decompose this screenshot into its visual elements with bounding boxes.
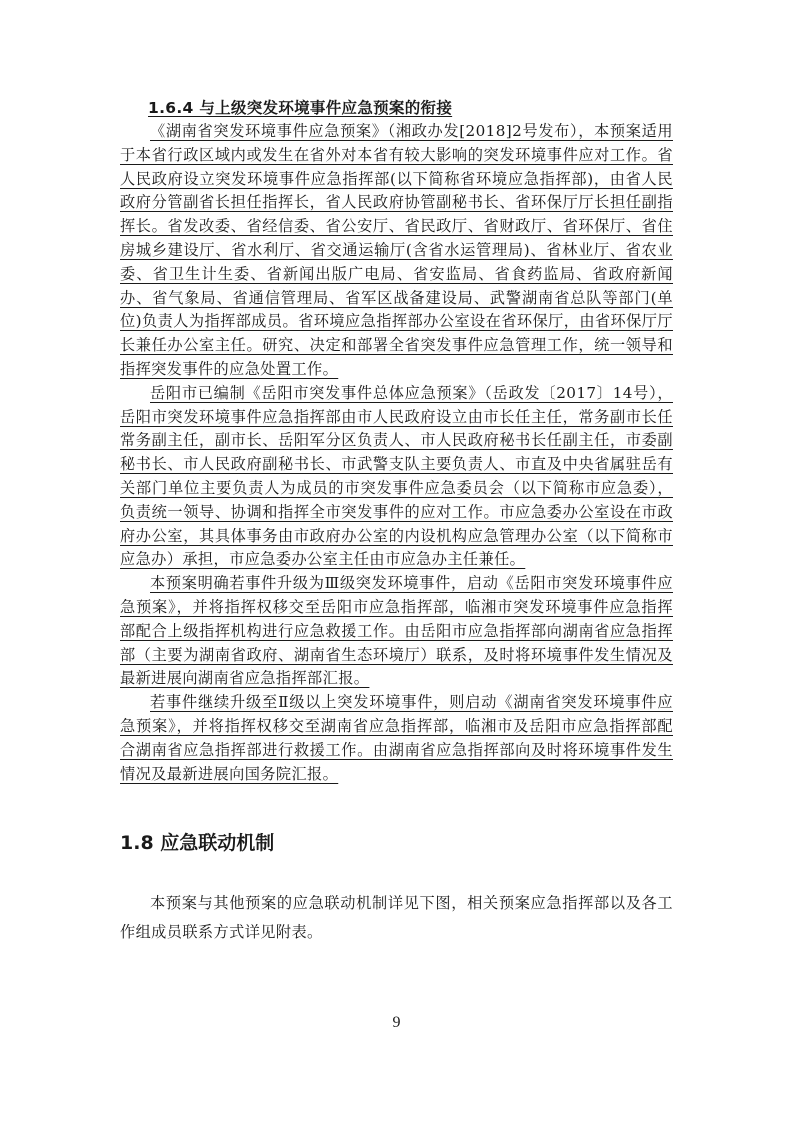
subsection-heading: 1.6.4 与上级突发环境事件应急预案的衔接: [120, 96, 673, 120]
paragraph-level-ii-escalation: 若事件继续升级至Ⅱ级以上突发环境事件，则启动《湖南省突发环境事件应急预案》，并将…: [120, 691, 673, 786]
paragraph-hunan-plan: 《湖南省突发环境事件应急预案》（湘政办发[2018]2号发布），本预案适用于本省…: [120, 120, 673, 382]
page-number: 9: [0, 1014, 793, 1032]
page-content: 1.6.4 与上级突发环境事件应急预案的衔接 《湖南省突发环境事件应急预案》（湘…: [120, 96, 673, 963]
document-page: 1.6.4 与上级突发环境事件应急预案的衔接 《湖南省突发环境事件应急预案》（湘…: [0, 0, 793, 1122]
section-title: 1.8 应急联动机制: [120, 830, 673, 856]
paragraph-yueyang-plan: 岳阳市已编制《岳阳市突发事件总体应急预案》（岳政发〔2017〕14号），岳阳市突…: [120, 382, 673, 572]
paragraph-level-iii-escalation: 本预案明确若事件升级为Ⅲ级突发环境事件，启动《岳阳市突发环境事件应急预案》，并将…: [120, 572, 673, 691]
section-paragraph: 本预案与其他预案的应急联动机制详见下图，相关预案应急指挥部以及各工作组成员联系方…: [120, 889, 673, 947]
